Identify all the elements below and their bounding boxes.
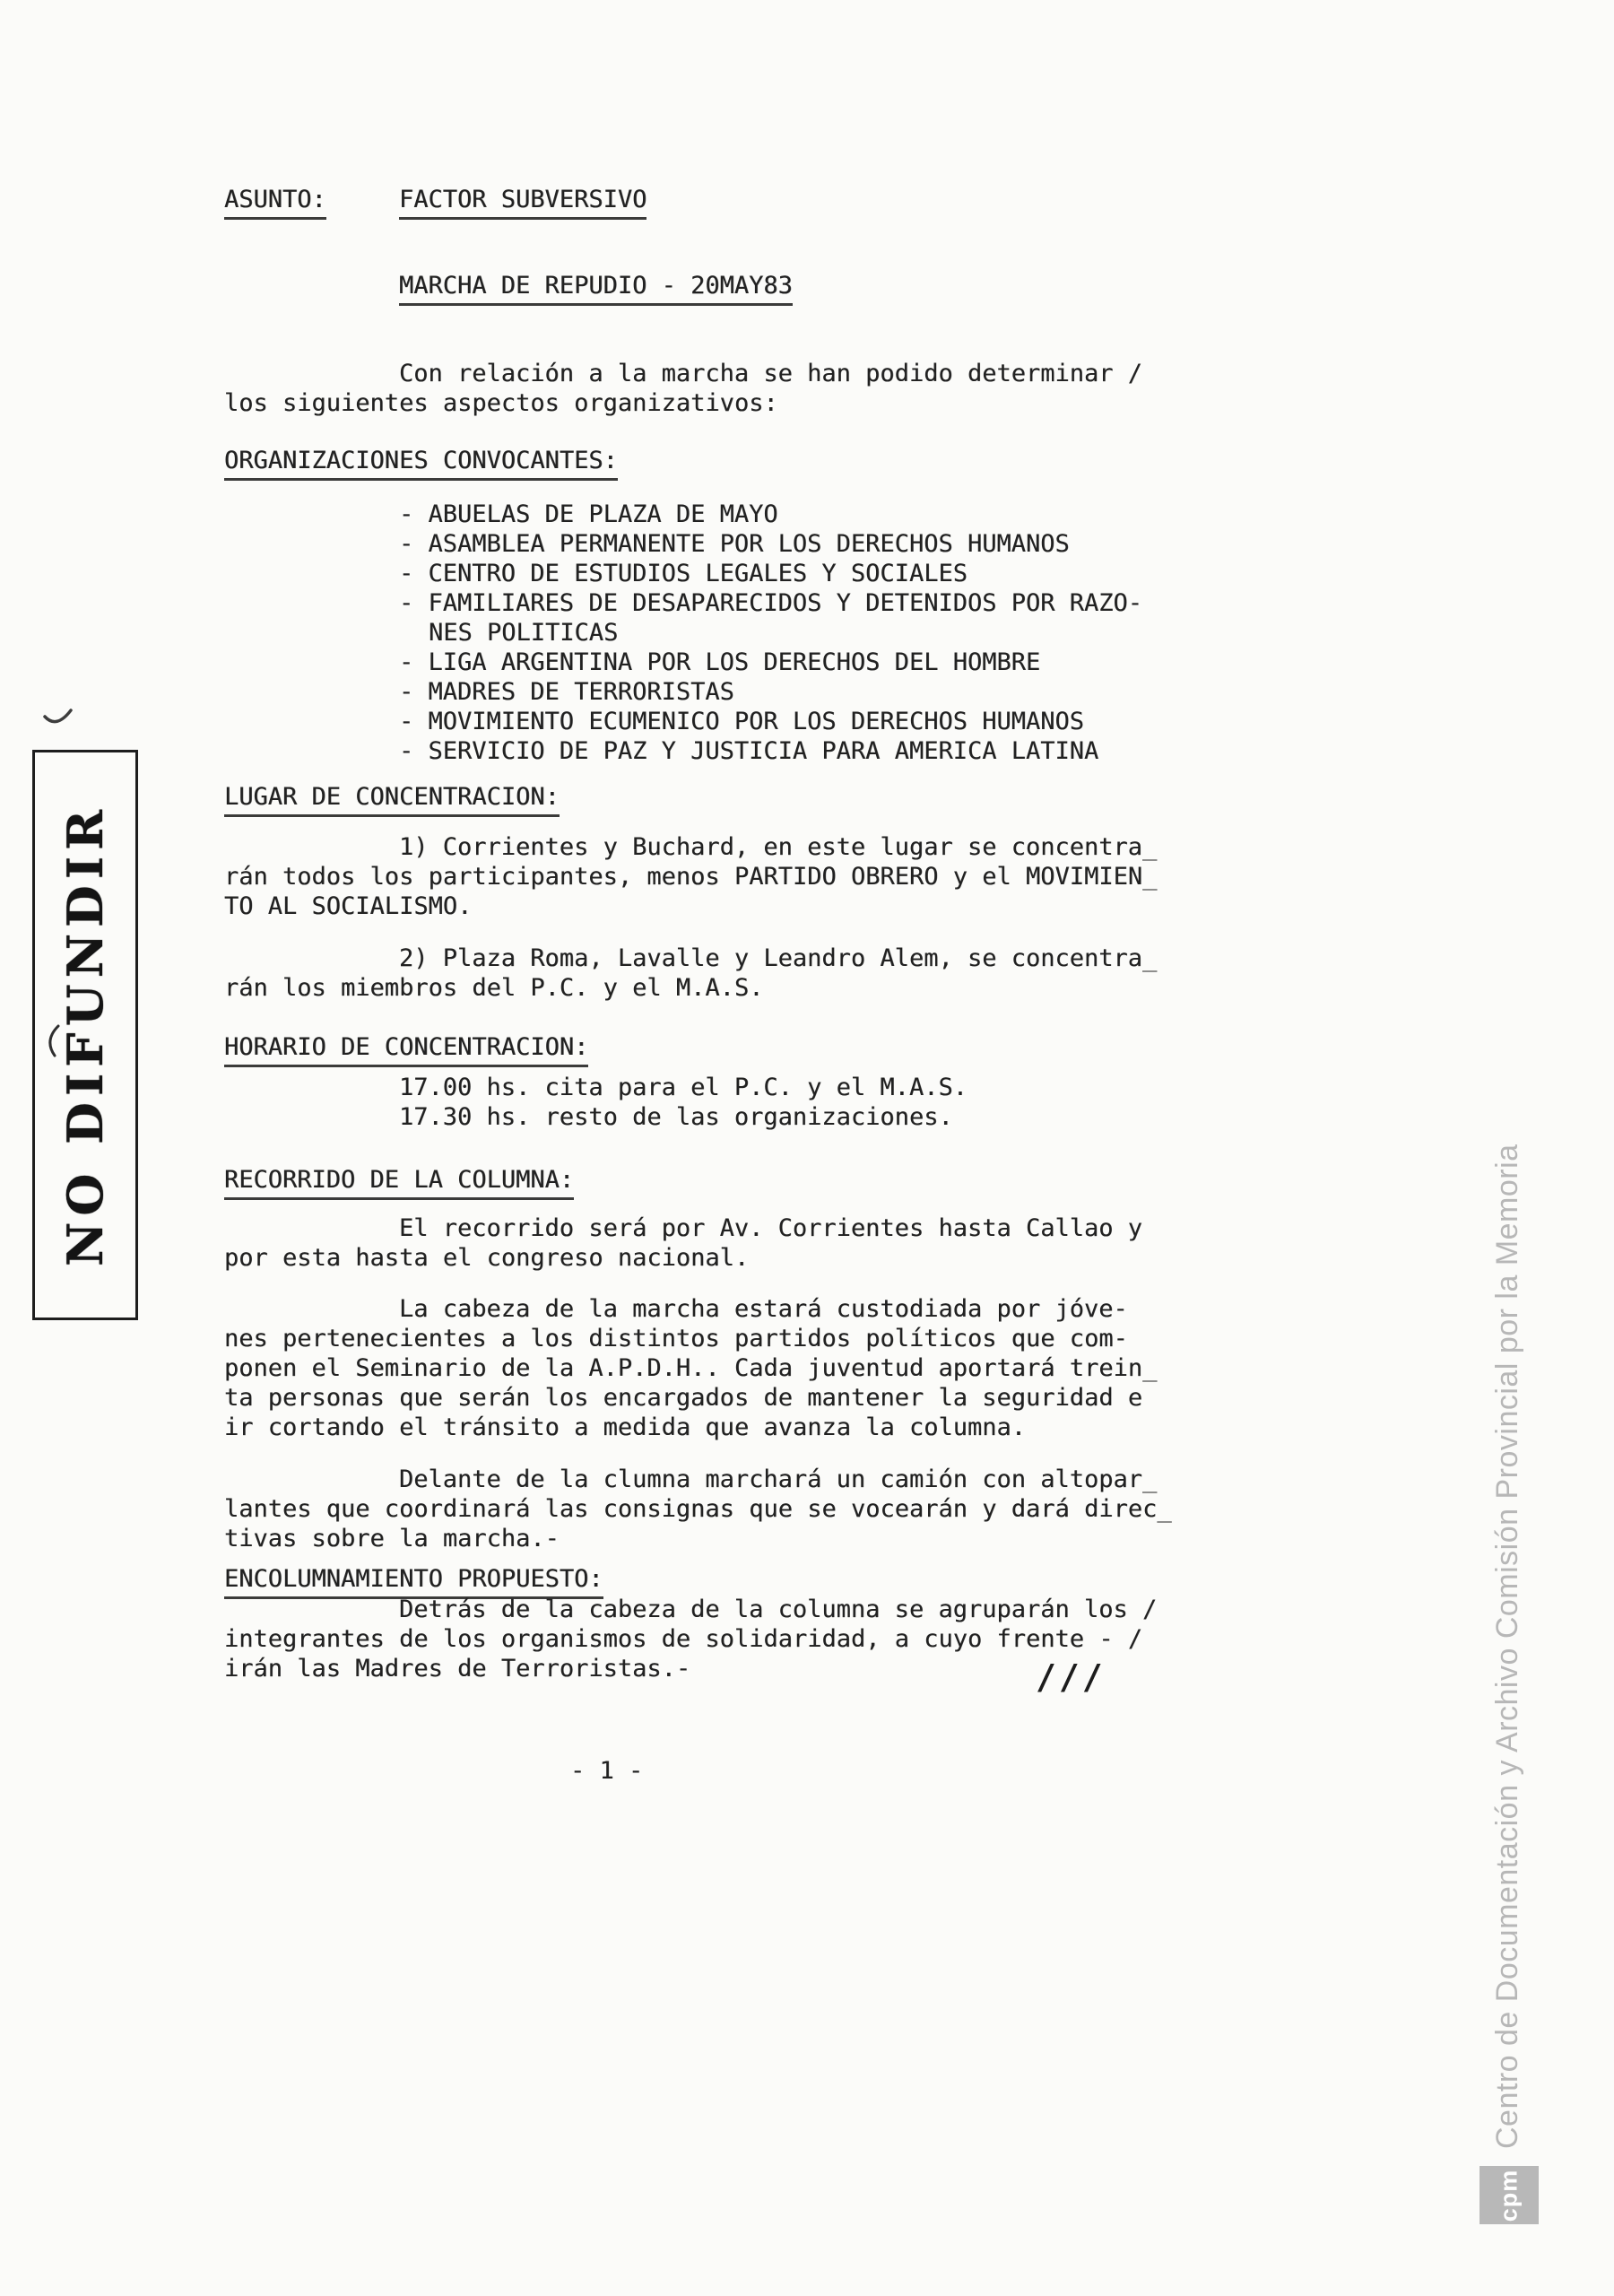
text-line: por esta hasta el congreso nacional. <box>224 1243 1142 1273</box>
subject-label: ASUNTO: <box>224 185 326 220</box>
recorrido-paragraph-1: El recorrido será por Av. Corrientes has… <box>224 1213 1142 1273</box>
recorrido-paragraph-2: La cabeza de la marcha estará custodiada… <box>224 1294 1157 1442</box>
text-line: lantes que coordinará las consignas que … <box>224 1494 1172 1524</box>
page-number: - 1 - <box>570 1756 643 1786</box>
text-line: ta personas que serán los encargados de … <box>224 1383 1157 1413</box>
list-item: - MADRES DE TERRORISTAS <box>399 677 1142 707</box>
stamp-text: NO DIFUNDIR <box>56 804 114 1266</box>
text-line: integrantes de los organismos de solidar… <box>224 1624 1157 1654</box>
text-line: 1) Corrientes y Buchard, en este lugar s… <box>224 832 1157 862</box>
archive-watermark: Centro de Documentación y Archivo Comisi… <box>1490 1144 1525 2149</box>
section-heading-horario: HORARIO DE CONCENTRACION: <box>224 1032 588 1067</box>
text-line: 17.00 hs. cita para el P.C. y el M.A.S. <box>224 1073 968 1102</box>
intro-paragraph: Con relación a la marcha se han podido d… <box>224 359 1142 418</box>
text-line: El recorrido será por Av. Corrientes has… <box>224 1213 1142 1243</box>
lugar-paragraph-1: 1) Corrientes y Buchard, en este lugar s… <box>224 832 1157 921</box>
list-item: - ASAMBLEA PERMANENTE POR LOS DERECHOS H… <box>399 529 1142 559</box>
text-line: 2) Plaza Roma, Lavalle y Leandro Alem, s… <box>224 944 1157 973</box>
text-line: Detrás de la cabeza de la columna se agr… <box>224 1595 1157 1624</box>
list-item: - CENTRO DE ESTUDIOS LEGALES Y SOCIALES <box>399 559 1142 588</box>
list-item: - ABUELAS DE PLAZA DE MAYO <box>399 500 1142 529</box>
text-line: rán todos los participantes, menos PARTI… <box>224 862 1157 891</box>
section-heading-lugar: LUGAR DE CONCENTRACION: <box>224 782 560 817</box>
encolumnamiento-paragraph: Detrás de la cabeza de la columna se agr… <box>224 1595 1157 1683</box>
handwritten-mark <box>0 0 1614 2296</box>
text-line: nes pertenecientes a los distintos parti… <box>224 1324 1157 1353</box>
text-line: tivas sobre la marcha.- <box>224 1524 1172 1553</box>
text-line: ir cortando el tránsito a medida que ava… <box>224 1413 1157 1442</box>
list-item: - LIGA ARGENTINA POR LOS DERECHOS DEL HO… <box>399 648 1142 677</box>
section-heading-organizaciones: ORGANIZACIONES CONVOCANTES: <box>224 446 618 481</box>
subject-value: FACTOR SUBVERSIVO <box>399 185 646 220</box>
continuation-mark: /// <box>1036 1657 1106 1697</box>
text-line: irán las Madres de Terroristas.- <box>224 1654 1157 1683</box>
text-line: rán los miembros del P.C. y el M.A.S. <box>224 973 1157 1003</box>
lugar-paragraph-2: 2) Plaza Roma, Lavalle y Leandro Alem, s… <box>224 944 1157 1003</box>
text-line: Delante de la clumna marchará un camión … <box>224 1465 1172 1494</box>
cpm-logo: cpm <box>1479 2166 1539 2224</box>
text-line: 17.30 hs. resto de las organizaciones. <box>224 1102 968 1132</box>
scanned-document-page: NO DIFUNDIR ASUNTO: FACTOR SUBVERSIVO MA… <box>0 0 1614 2296</box>
text-line: ponen el Seminario de la A.P.D.H.. Cada … <box>224 1353 1157 1383</box>
text-line: los siguientes aspectos organizativos: <box>224 388 1142 418</box>
recorrido-paragraph-3: Delante de la clumna marchará un camión … <box>224 1465 1172 1553</box>
list-item: - FAMILIARES DE DESAPARECIDOS Y DETENIDO… <box>399 588 1142 618</box>
cpm-logo-text: cpm <box>1496 2169 1523 2222</box>
document-title: MARCHA DE REPUDIO - 20MAY83 <box>399 271 793 306</box>
list-item: - SERVICIO DE PAZ Y JUSTICIA PARA AMERIC… <box>399 736 1142 766</box>
text-line: TO AL SOCIALISMO. <box>224 891 1157 921</box>
list-item: - MOVIMIENTO ECUMENICO POR LOS DERECHOS … <box>399 707 1142 736</box>
horario-lines: 17.00 hs. cita para el P.C. y el M.A.S. … <box>224 1073 968 1132</box>
text-line: Con relación a la marcha se han podido d… <box>224 359 1142 388</box>
text-line: La cabeza de la marcha estará custodiada… <box>224 1294 1157 1324</box>
convocantes-list: - ABUELAS DE PLAZA DE MAYO - ASAMBLEA PE… <box>399 500 1142 766</box>
no-difundir-stamp: NO DIFUNDIR <box>32 750 138 1320</box>
section-heading-recorrido: RECORRIDO DE LA COLUMNA: <box>224 1165 574 1200</box>
list-item-continuation: NES POLITICAS <box>399 618 1142 648</box>
